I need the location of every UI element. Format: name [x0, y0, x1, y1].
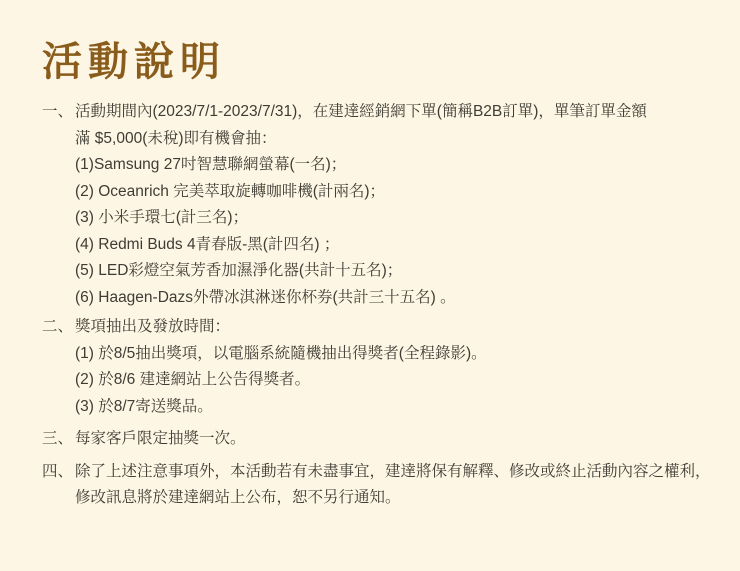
section-draw-limit: 三、每家客戶限定抽獎一次。: [42, 426, 702, 453]
prize-item-oceanrich-coffee-maker: (2) Oceanrich 完美萃取旋轉咖啡機(計兩名)；: [75, 179, 702, 206]
section-number: 二、: [42, 314, 75, 341]
section-heading-line: 三、每家客戶限定抽獎一次。: [42, 426, 702, 453]
page-title: 活動說明: [42, 40, 226, 84]
section-activity-period: 一、活動期間內(2023/7/1-2023/7/31)，在建達經銷網下單(簡稱B…: [42, 99, 702, 311]
section-heading-line: 四、除了上述注意事項外，本活動若有未盡事宜，建達將保有解釋、修改或終止活動內容之…: [42, 459, 702, 486]
draw-schedule-heading: 獎項抽出及發放時間：: [75, 318, 230, 335]
prize-item-redmi-buds: (4) Redmi Buds 4青春版-黑(計四名) ；: [75, 232, 702, 259]
section-disclaimer: 四、除了上述注意事項外，本活動若有未盡事宜，建達將保有解釋、修改或終止活動內容之…: [42, 459, 702, 512]
draw-limit-text: 每家客戶限定抽獎一次。: [75, 430, 246, 447]
section-number: 三、: [42, 426, 75, 453]
section-heading-line: 一、活動期間內(2023/7/1-2023/7/31)，在建達經銷網下單(簡稱B…: [42, 99, 702, 126]
section-heading-line: 二、獎項抽出及發放時間：: [42, 314, 702, 341]
shipping-date-text: (3) 於8/7寄送獎品。: [75, 394, 702, 421]
prize-item-mi-band-7: (3) 小米手環七(計三名)；: [75, 205, 702, 232]
section-number: 一、: [42, 99, 75, 126]
activity-notice-page: 活動說明 一、活動期間內(2023/7/1-2023/7/31)，在建達經銷網下…: [0, 0, 740, 571]
section-draw-schedule: 二、獎項抽出及發放時間： (1) 於8/5抽出獎項，以電腦系統隨機抽出得獎者(全…: [42, 314, 702, 420]
prize-item-haagen-dazs-voucher: (6) Haagen-Dazs外帶冰淇淋迷你杯券(共計三十五名) 。: [75, 285, 702, 312]
section-number: 四、: [42, 459, 75, 486]
notice-body: 一、活動期間內(2023/7/1-2023/7/31)，在建達經銷網下單(簡稱B…: [42, 99, 702, 512]
prize-item-led-humidifier: (5) LED彩燈空氣芳香加濕淨化器(共計十五名)；: [75, 258, 702, 285]
activity-period-text: 活動期間內(2023/7/1-2023/7/31)，在建達經銷網下單(簡稱B2B…: [75, 103, 647, 120]
announce-date-text: (2) 於8/6 建達網站上公告得獎者。: [75, 367, 702, 394]
draw-date-text: (1) 於8/5抽出獎項，以電腦系統隨機抽出得獎者(全程錄影)。: [75, 341, 702, 368]
order-threshold-text: 滿 $5,000(未稅)即有機會抽：: [75, 126, 702, 153]
prize-item-samsung-monitor: (1)Samsung 27吋智慧聯網螢幕(一名)；: [75, 152, 702, 179]
disclaimer-text-cont: 修改訊息將於建達網站上公布，恕不另行通知。: [75, 485, 702, 512]
disclaimer-text: 除了上述注意事項外，本活動若有未盡事宜，建達將保有解釋、修改或終止活動內容之權利…: [75, 463, 711, 480]
